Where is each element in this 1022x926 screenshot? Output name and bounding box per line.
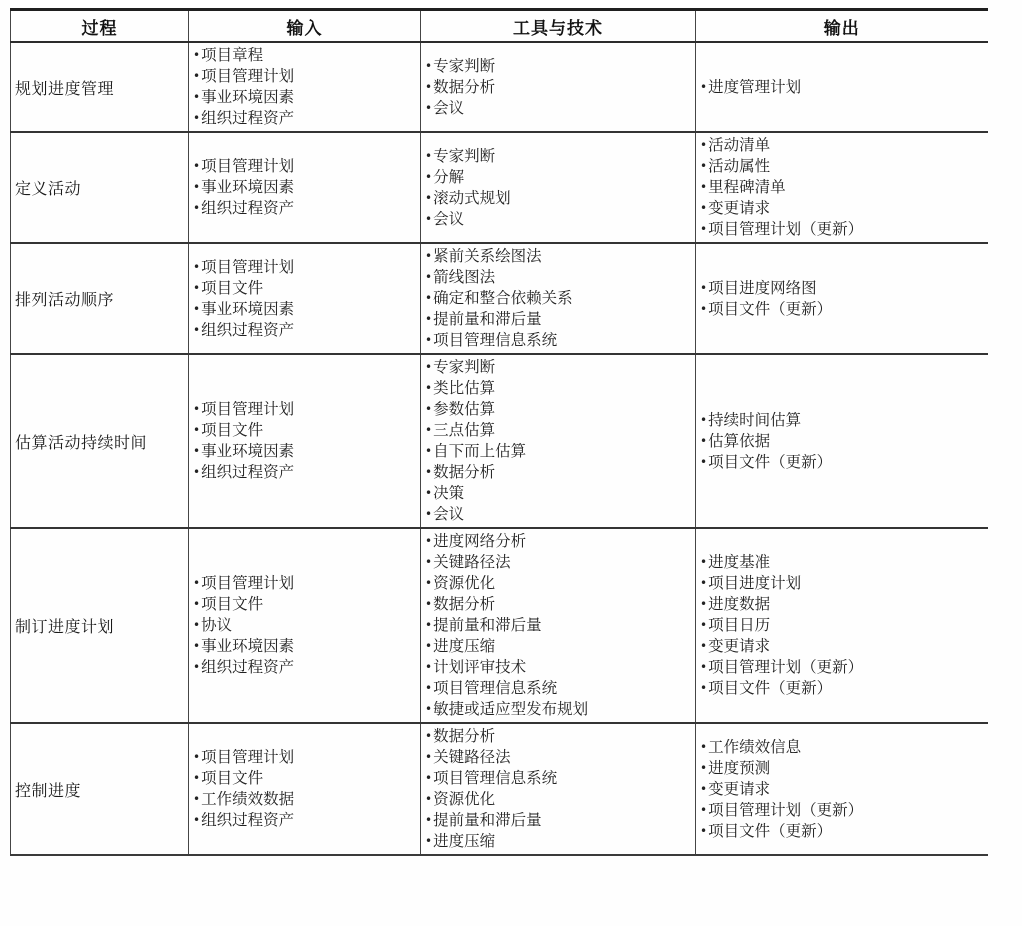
scanned-page: 过程 输入 工具与技术 输出 规划进度管理 •项目章程•项目管理计划•事业环境因… bbox=[0, 0, 1022, 926]
bullet-icon: • bbox=[700, 278, 707, 299]
bullet-icon: • bbox=[425, 636, 432, 657]
bullet-item: •会议 bbox=[425, 98, 691, 119]
bullet-item: •自下而上估算 bbox=[425, 441, 691, 462]
bullet-icon: • bbox=[193, 278, 200, 299]
bullet-icon: • bbox=[425, 420, 432, 441]
bullet-icon: • bbox=[193, 615, 200, 636]
bullet-icon: • bbox=[700, 552, 707, 573]
bullet-item: •项目日历 bbox=[700, 615, 984, 636]
bullet-item: •工作绩效数据 bbox=[193, 789, 416, 810]
bullet-item-text: 事业环境因素 bbox=[201, 636, 294, 657]
bullet-item: •进度管理计划 bbox=[700, 77, 984, 98]
bullet-item-text: 项目进度网络图 bbox=[708, 278, 817, 299]
header-inputs: 输入 bbox=[189, 10, 421, 43]
outputs-cell: •进度管理计划 bbox=[696, 42, 988, 132]
bullet-item: •项目管理计划 bbox=[193, 156, 416, 177]
bullet-icon: • bbox=[193, 657, 200, 678]
bullet-item: •专家判断 bbox=[425, 56, 691, 77]
bullet-item: •事业环境因素 bbox=[193, 87, 416, 108]
bullet-icon: • bbox=[425, 615, 432, 636]
bullet-icon: • bbox=[425, 167, 432, 188]
bullet-icon: • bbox=[425, 789, 432, 810]
bullet-icon: • bbox=[700, 821, 707, 842]
bullet-icon: • bbox=[700, 594, 707, 615]
bullet-item-text: 数据分析 bbox=[433, 594, 495, 615]
bullet-item: •进度预测 bbox=[700, 758, 984, 779]
bullet-item-text: 变更请求 bbox=[708, 198, 770, 219]
bullet-item-text: 项目日历 bbox=[708, 615, 770, 636]
bullet-item-text: 项目文件（更新） bbox=[708, 452, 832, 473]
bullet-item-text: 滚动式规划 bbox=[433, 188, 511, 209]
bullet-item-text: 组织过程资产 bbox=[201, 657, 294, 678]
bullet-item-text: 项目管理计划 bbox=[201, 257, 294, 278]
bullet-item-text: 变更请求 bbox=[708, 779, 770, 800]
table-row: 估算活动持续时间 •项目管理计划•项目文件•事业环境因素•组织过程资产 •专家判… bbox=[11, 354, 988, 528]
bullet-item: •项目管理信息系统 bbox=[425, 678, 691, 699]
bullet-item: •参数估算 bbox=[425, 399, 691, 420]
bullet-item-text: 进度管理计划 bbox=[708, 77, 801, 98]
bullet-item-text: 项目管理计划 bbox=[201, 156, 294, 177]
bullet-item-text: 会议 bbox=[433, 98, 464, 119]
bullet-item-text: 活动清单 bbox=[708, 135, 770, 156]
bullet-item: •专家判断 bbox=[425, 357, 691, 378]
bullet-item-text: 项目管理计划 bbox=[201, 747, 294, 768]
bullet-item: •项目文件（更新） bbox=[700, 821, 984, 842]
bullet-item-text: 组织过程资产 bbox=[201, 108, 294, 129]
bullet-icon: • bbox=[193, 87, 200, 108]
bullet-icon: • bbox=[193, 810, 200, 831]
bullet-icon: • bbox=[700, 573, 707, 594]
bullet-icon: • bbox=[700, 615, 707, 636]
bullet-item-text: 持续时间估算 bbox=[708, 410, 801, 431]
bullet-item-text: 项目进度计划 bbox=[708, 573, 801, 594]
bullet-item: •项目管理计划（更新） bbox=[700, 800, 984, 821]
bullet-item-text: 决策 bbox=[433, 483, 464, 504]
header-outputs: 输出 bbox=[696, 10, 988, 43]
bullet-icon: • bbox=[700, 299, 707, 320]
bullet-item-text: 事业环境因素 bbox=[201, 87, 294, 108]
bullet-item-text: 进度网络分析 bbox=[433, 531, 526, 552]
inputs-cell: •项目管理计划•项目文件•事业环境因素•组织过程资产 bbox=[189, 243, 421, 354]
bullet-item-text: 组织过程资产 bbox=[201, 198, 294, 219]
bullet-item-text: 项目章程 bbox=[201, 45, 263, 66]
bullet-item-text: 会议 bbox=[433, 504, 464, 525]
table-row: 定义活动 •项目管理计划•事业环境因素•组织过程资产 •专家判断•分解•滚动式规… bbox=[11, 132, 988, 243]
bullet-icon: • bbox=[193, 156, 200, 177]
outputs-cell: •持续时间估算•估算依据•项目文件（更新） bbox=[696, 354, 988, 528]
tools-cell: •紧前关系绘图法•箭线图法•确定和整合依赖关系•提前量和滞后量•项目管理信息系统 bbox=[421, 243, 696, 354]
bullet-item: •数据分析 bbox=[425, 77, 691, 98]
bullet-icon: • bbox=[425, 77, 432, 98]
bullet-icon: • bbox=[425, 462, 432, 483]
bullet-icon: • bbox=[193, 420, 200, 441]
bullet-item-text: 关键路径法 bbox=[433, 747, 511, 768]
bullet-item: •项目文件 bbox=[193, 420, 416, 441]
bullet-item: •项目文件 bbox=[193, 594, 416, 615]
bullet-item-text: 三点估算 bbox=[433, 420, 495, 441]
bullet-item: •组织过程资产 bbox=[193, 198, 416, 219]
bullet-icon: • bbox=[193, 177, 200, 198]
bullet-item: •项目进度网络图 bbox=[700, 278, 984, 299]
bullet-item-text: 进度压缩 bbox=[433, 636, 495, 657]
bullet-icon: • bbox=[700, 156, 707, 177]
bullet-icon: • bbox=[700, 410, 707, 431]
bullet-item-text: 进度预测 bbox=[708, 758, 770, 779]
bullet-item: •进度网络分析 bbox=[425, 531, 691, 552]
outputs-cell: •进度基准•项目进度计划•进度数据•项目日历•变更请求•项目管理计划（更新）•项… bbox=[696, 528, 988, 723]
bullet-icon: • bbox=[425, 378, 432, 399]
bullet-item: •估算依据 bbox=[700, 431, 984, 452]
bullet-item-text: 工作绩效数据 bbox=[201, 789, 294, 810]
bullet-icon: • bbox=[193, 441, 200, 462]
bullet-item: •项目文件（更新） bbox=[700, 299, 984, 320]
table-row: 制订进度计划 •项目管理计划•项目文件•协议•事业环境因素•组织过程资产 •进度… bbox=[11, 528, 988, 723]
bullet-item-text: 项目管理计划 bbox=[201, 399, 294, 420]
bullet-item-text: 确定和整合依赖关系 bbox=[433, 288, 573, 309]
bullet-item-text: 组织过程资产 bbox=[201, 320, 294, 341]
bullet-icon: • bbox=[425, 768, 432, 789]
tools-cell: •数据分析•关键路径法•项目管理信息系统•资源优化•提前量和滞后量•进度压缩 bbox=[421, 723, 696, 855]
bullet-item: •提前量和滞后量 bbox=[425, 810, 691, 831]
bullet-item-text: 项目管理计划 bbox=[201, 573, 294, 594]
bullet-icon: • bbox=[193, 198, 200, 219]
bullet-item: •里程碑清单 bbox=[700, 177, 984, 198]
bullet-item-text: 项目管理信息系统 bbox=[433, 678, 557, 699]
bullet-item: •组织过程资产 bbox=[193, 657, 416, 678]
bullet-item: •组织过程资产 bbox=[193, 462, 416, 483]
inputs-cell: •项目管理计划•事业环境因素•组织过程资产 bbox=[189, 132, 421, 243]
bullet-item: •计划评审技术 bbox=[425, 657, 691, 678]
bullet-item: •项目文件 bbox=[193, 768, 416, 789]
bullet-item-text: 参数估算 bbox=[433, 399, 495, 420]
bullet-item: •项目章程 bbox=[193, 45, 416, 66]
bullet-item: •活动属性 bbox=[700, 156, 984, 177]
bullet-icon: • bbox=[700, 77, 707, 98]
table-row: 规划进度管理 •项目章程•项目管理计划•事业环境因素•组织过程资产 •专家判断•… bbox=[11, 42, 988, 132]
bullet-icon: • bbox=[700, 219, 707, 240]
bullet-icon: • bbox=[425, 309, 432, 330]
bullet-item: •三点估算 bbox=[425, 420, 691, 441]
process-name: 估算活动持续时间 bbox=[11, 354, 189, 528]
inputs-cell: •项目章程•项目管理计划•事业环境因素•组织过程资产 bbox=[189, 42, 421, 132]
bullet-item: •事业环境因素 bbox=[193, 299, 416, 320]
table-row: 控制进度 •项目管理计划•项目文件•工作绩效数据•组织过程资产 •数据分析•关键… bbox=[11, 723, 988, 855]
bullet-icon: • bbox=[425, 399, 432, 420]
bullet-item: •活动清单 bbox=[700, 135, 984, 156]
bullet-icon: • bbox=[425, 267, 432, 288]
bullet-item: •进度压缩 bbox=[425, 831, 691, 852]
bullet-item-text: 箭线图法 bbox=[433, 267, 495, 288]
header-process: 过程 bbox=[11, 10, 189, 43]
bullet-icon: • bbox=[700, 177, 707, 198]
bullet-item-text: 协议 bbox=[201, 615, 232, 636]
bullet-item-text: 会议 bbox=[433, 209, 464, 230]
bullet-item-text: 组织过程资产 bbox=[201, 810, 294, 831]
bullet-item: •进度压缩 bbox=[425, 636, 691, 657]
bullet-icon: • bbox=[193, 108, 200, 129]
table-header-row: 过程 输入 工具与技术 输出 bbox=[11, 10, 988, 43]
process-name: 定义活动 bbox=[11, 132, 189, 243]
bullet-item-text: 提前量和滞后量 bbox=[433, 810, 542, 831]
bullet-icon: • bbox=[425, 699, 432, 720]
bullet-item: •紧前关系绘图法 bbox=[425, 246, 691, 267]
bullet-item-text: 变更请求 bbox=[708, 636, 770, 657]
bullet-item-text: 里程碑清单 bbox=[708, 177, 786, 198]
bullet-item: •决策 bbox=[425, 483, 691, 504]
outputs-cell: •项目进度网络图•项目文件（更新） bbox=[696, 243, 988, 354]
bullet-item-text: 事业环境因素 bbox=[201, 177, 294, 198]
bullet-icon: • bbox=[425, 98, 432, 119]
bullet-item: •项目管理计划 bbox=[193, 573, 416, 594]
bullet-item: •数据分析 bbox=[425, 726, 691, 747]
bullet-item-text: 项目文件 bbox=[201, 420, 263, 441]
bullet-item: •敏捷或适应型发布规划 bbox=[425, 699, 691, 720]
tools-cell: •专家判断•数据分析•会议 bbox=[421, 42, 696, 132]
bullet-icon: • bbox=[425, 246, 432, 267]
bullet-item-text: 项目管理计划（更新） bbox=[708, 800, 863, 821]
table-row: 排列活动顺序 •项目管理计划•项目文件•事业环境因素•组织过程资产 •紧前关系绘… bbox=[11, 243, 988, 354]
bullet-item-text: 提前量和滞后量 bbox=[433, 309, 542, 330]
tools-cell: •进度网络分析•关键路径法•资源优化•数据分析•提前量和滞后量•进度压缩•计划评… bbox=[421, 528, 696, 723]
bullet-item: •项目进度计划 bbox=[700, 573, 984, 594]
bullet-icon: • bbox=[425, 657, 432, 678]
bullet-icon: • bbox=[425, 726, 432, 747]
bullet-item: •项目管理计划 bbox=[193, 399, 416, 420]
bullet-item-text: 进度数据 bbox=[708, 594, 770, 615]
bullet-item: •项目管理信息系统 bbox=[425, 768, 691, 789]
bullet-item-text: 数据分析 bbox=[433, 77, 495, 98]
bullet-item-text: 关键路径法 bbox=[433, 552, 511, 573]
bullet-item: •专家判断 bbox=[425, 146, 691, 167]
bullet-item-text: 项目文件 bbox=[201, 594, 263, 615]
bullet-icon: • bbox=[425, 531, 432, 552]
bullet-item-text: 组织过程资产 bbox=[201, 462, 294, 483]
bullet-item-text: 项目管理计划（更新） bbox=[708, 219, 863, 240]
bullet-item: •数据分析 bbox=[425, 594, 691, 615]
outputs-cell: •活动清单•活动属性•里程碑清单•变更请求•项目管理计划（更新） bbox=[696, 132, 988, 243]
bullet-icon: • bbox=[193, 594, 200, 615]
bullet-item-text: 项目管理信息系统 bbox=[433, 768, 557, 789]
bullet-icon: • bbox=[700, 678, 707, 699]
bullet-icon: • bbox=[700, 758, 707, 779]
bullet-icon: • bbox=[425, 441, 432, 462]
bullet-item-text: 分解 bbox=[433, 167, 464, 188]
bullet-icon: • bbox=[425, 573, 432, 594]
bullet-icon: • bbox=[193, 462, 200, 483]
process-name: 控制进度 bbox=[11, 723, 189, 855]
bullet-icon: • bbox=[193, 320, 200, 341]
bullet-item-text: 类比估算 bbox=[433, 378, 495, 399]
bullet-icon: • bbox=[700, 800, 707, 821]
bullet-icon: • bbox=[425, 678, 432, 699]
bullet-item: •变更请求 bbox=[700, 636, 984, 657]
bullet-item-text: 专家判断 bbox=[433, 56, 495, 77]
bullet-item: •变更请求 bbox=[700, 779, 984, 800]
bullet-item: •事业环境因素 bbox=[193, 636, 416, 657]
bullet-item-text: 敏捷或适应型发布规划 bbox=[433, 699, 588, 720]
tools-cell: •专家判断•分解•滚动式规划•会议 bbox=[421, 132, 696, 243]
bullet-item: •分解 bbox=[425, 167, 691, 188]
bullet-icon: • bbox=[425, 357, 432, 378]
bullet-item-text: 专家判断 bbox=[433, 357, 495, 378]
bullet-item: •持续时间估算 bbox=[700, 410, 984, 431]
bullet-item-text: 项目文件 bbox=[201, 768, 263, 789]
itto-table: 过程 输入 工具与技术 输出 规划进度管理 •项目章程•项目管理计划•事业环境因… bbox=[10, 8, 988, 856]
bullet-item: •项目文件（更新） bbox=[700, 678, 984, 699]
bullet-item: •项目管理信息系统 bbox=[425, 330, 691, 351]
bullet-icon: • bbox=[425, 146, 432, 167]
bullet-icon: • bbox=[425, 288, 432, 309]
bullet-item: •项目管理计划 bbox=[193, 747, 416, 768]
bullet-item-text: 资源优化 bbox=[433, 789, 495, 810]
bullet-item: •滚动式规划 bbox=[425, 188, 691, 209]
bullet-icon: • bbox=[193, 789, 200, 810]
bullet-icon: • bbox=[700, 636, 707, 657]
bullet-item-text: 提前量和滞后量 bbox=[433, 615, 542, 636]
bullet-icon: • bbox=[193, 768, 200, 789]
bullet-item: •事业环境因素 bbox=[193, 441, 416, 462]
bullet-item-text: 活动属性 bbox=[708, 156, 770, 177]
bullet-item-text: 计划评审技术 bbox=[433, 657, 526, 678]
bullet-item-text: 进度压缩 bbox=[433, 831, 495, 852]
bullet-icon: • bbox=[700, 431, 707, 452]
bullet-item: •会议 bbox=[425, 209, 691, 230]
bullet-item: •资源优化 bbox=[425, 789, 691, 810]
bullet-item: •资源优化 bbox=[425, 573, 691, 594]
bullet-item: •协议 bbox=[193, 615, 416, 636]
bullet-icon: • bbox=[425, 831, 432, 852]
bullet-icon: • bbox=[425, 747, 432, 768]
bullet-item-text: 进度基准 bbox=[708, 552, 770, 573]
bullet-item-text: 项目管理信息系统 bbox=[433, 330, 557, 351]
bullet-item-text: 专家判断 bbox=[433, 146, 495, 167]
bullet-item: •会议 bbox=[425, 504, 691, 525]
bullet-icon: • bbox=[700, 135, 707, 156]
bullet-item: •提前量和滞后量 bbox=[425, 309, 691, 330]
bullet-item-text: 自下而上估算 bbox=[433, 441, 526, 462]
bullet-icon: • bbox=[193, 747, 200, 768]
bullet-icon: • bbox=[193, 257, 200, 278]
bullet-icon: • bbox=[700, 452, 707, 473]
bullet-item: •工作绩效信息 bbox=[700, 737, 984, 758]
bullet-item: •确定和整合依赖关系 bbox=[425, 288, 691, 309]
bullet-item: •关键路径法 bbox=[425, 747, 691, 768]
bullet-item: •进度数据 bbox=[700, 594, 984, 615]
bullet-item: •项目文件（更新） bbox=[700, 452, 984, 473]
bullet-icon: • bbox=[700, 779, 707, 800]
process-name: 规划进度管理 bbox=[11, 42, 189, 132]
bullet-icon: • bbox=[425, 56, 432, 77]
bullet-icon: • bbox=[425, 810, 432, 831]
header-tools: 工具与技术 bbox=[421, 10, 696, 43]
bullet-item-text: 工作绩效信息 bbox=[708, 737, 801, 758]
bullet-item: •项目管理计划 bbox=[193, 257, 416, 278]
bullet-icon: • bbox=[425, 188, 432, 209]
bullet-icon: • bbox=[700, 198, 707, 219]
bullet-item: •进度基准 bbox=[700, 552, 984, 573]
inputs-cell: •项目管理计划•项目文件•协议•事业环境因素•组织过程资产 bbox=[189, 528, 421, 723]
bullet-icon: • bbox=[425, 330, 432, 351]
bullet-item: •变更请求 bbox=[700, 198, 984, 219]
bullet-item: •数据分析 bbox=[425, 462, 691, 483]
inputs-cell: •项目管理计划•项目文件•工作绩效数据•组织过程资产 bbox=[189, 723, 421, 855]
bullet-icon: • bbox=[700, 737, 707, 758]
bullet-icon: • bbox=[193, 636, 200, 657]
bullet-item-text: 事业环境因素 bbox=[201, 299, 294, 320]
bullet-icon: • bbox=[193, 45, 200, 66]
bullet-item-text: 紧前关系绘图法 bbox=[433, 246, 542, 267]
inputs-cell: •项目管理计划•项目文件•事业环境因素•组织过程资产 bbox=[189, 354, 421, 528]
bullet-item: •事业环境因素 bbox=[193, 177, 416, 198]
bullet-icon: • bbox=[425, 483, 432, 504]
bullet-item-text: 事业环境因素 bbox=[201, 441, 294, 462]
bullet-icon: • bbox=[193, 66, 200, 87]
bullet-icon: • bbox=[193, 299, 200, 320]
bullet-item-text: 项目管理计划 bbox=[201, 66, 294, 87]
bullet-item: •组织过程资产 bbox=[193, 108, 416, 129]
bullet-item: •项目管理计划（更新） bbox=[700, 657, 984, 678]
bullet-icon: • bbox=[425, 552, 432, 573]
bullet-icon: • bbox=[425, 209, 432, 230]
bullet-icon: • bbox=[193, 399, 200, 420]
bullet-item: •提前量和滞后量 bbox=[425, 615, 691, 636]
process-name: 制订进度计划 bbox=[11, 528, 189, 723]
bullet-item-text: 资源优化 bbox=[433, 573, 495, 594]
bullet-item-text: 项目文件（更新） bbox=[708, 821, 832, 842]
bullet-icon: • bbox=[193, 573, 200, 594]
bullet-item: •关键路径法 bbox=[425, 552, 691, 573]
bullet-item-text: 项目管理计划（更新） bbox=[708, 657, 863, 678]
bullet-item: •项目管理计划 bbox=[193, 66, 416, 87]
bullet-item-text: 估算依据 bbox=[708, 431, 770, 452]
bullet-item-text: 项目文件 bbox=[201, 278, 263, 299]
bullet-icon: • bbox=[700, 657, 707, 678]
tools-cell: •专家判断•类比估算•参数估算•三点估算•自下而上估算•数据分析•决策•会议 bbox=[421, 354, 696, 528]
bullet-item: •箭线图法 bbox=[425, 267, 691, 288]
bullet-item: •类比估算 bbox=[425, 378, 691, 399]
bullet-item-text: 项目文件（更新） bbox=[708, 299, 832, 320]
bullet-item: •组织过程资产 bbox=[193, 810, 416, 831]
bullet-item-text: 数据分析 bbox=[433, 462, 495, 483]
outputs-cell: •工作绩效信息•进度预测•变更请求•项目管理计划（更新）•项目文件（更新） bbox=[696, 723, 988, 855]
bullet-item: •组织过程资产 bbox=[193, 320, 416, 341]
bullet-item: •项目管理计划（更新） bbox=[700, 219, 984, 240]
process-name: 排列活动顺序 bbox=[11, 243, 189, 354]
bullet-icon: • bbox=[425, 504, 432, 525]
bullet-item-text: 数据分析 bbox=[433, 726, 495, 747]
bullet-icon: • bbox=[425, 594, 432, 615]
bullet-item: •项目文件 bbox=[193, 278, 416, 299]
bullet-item-text: 项目文件（更新） bbox=[708, 678, 832, 699]
